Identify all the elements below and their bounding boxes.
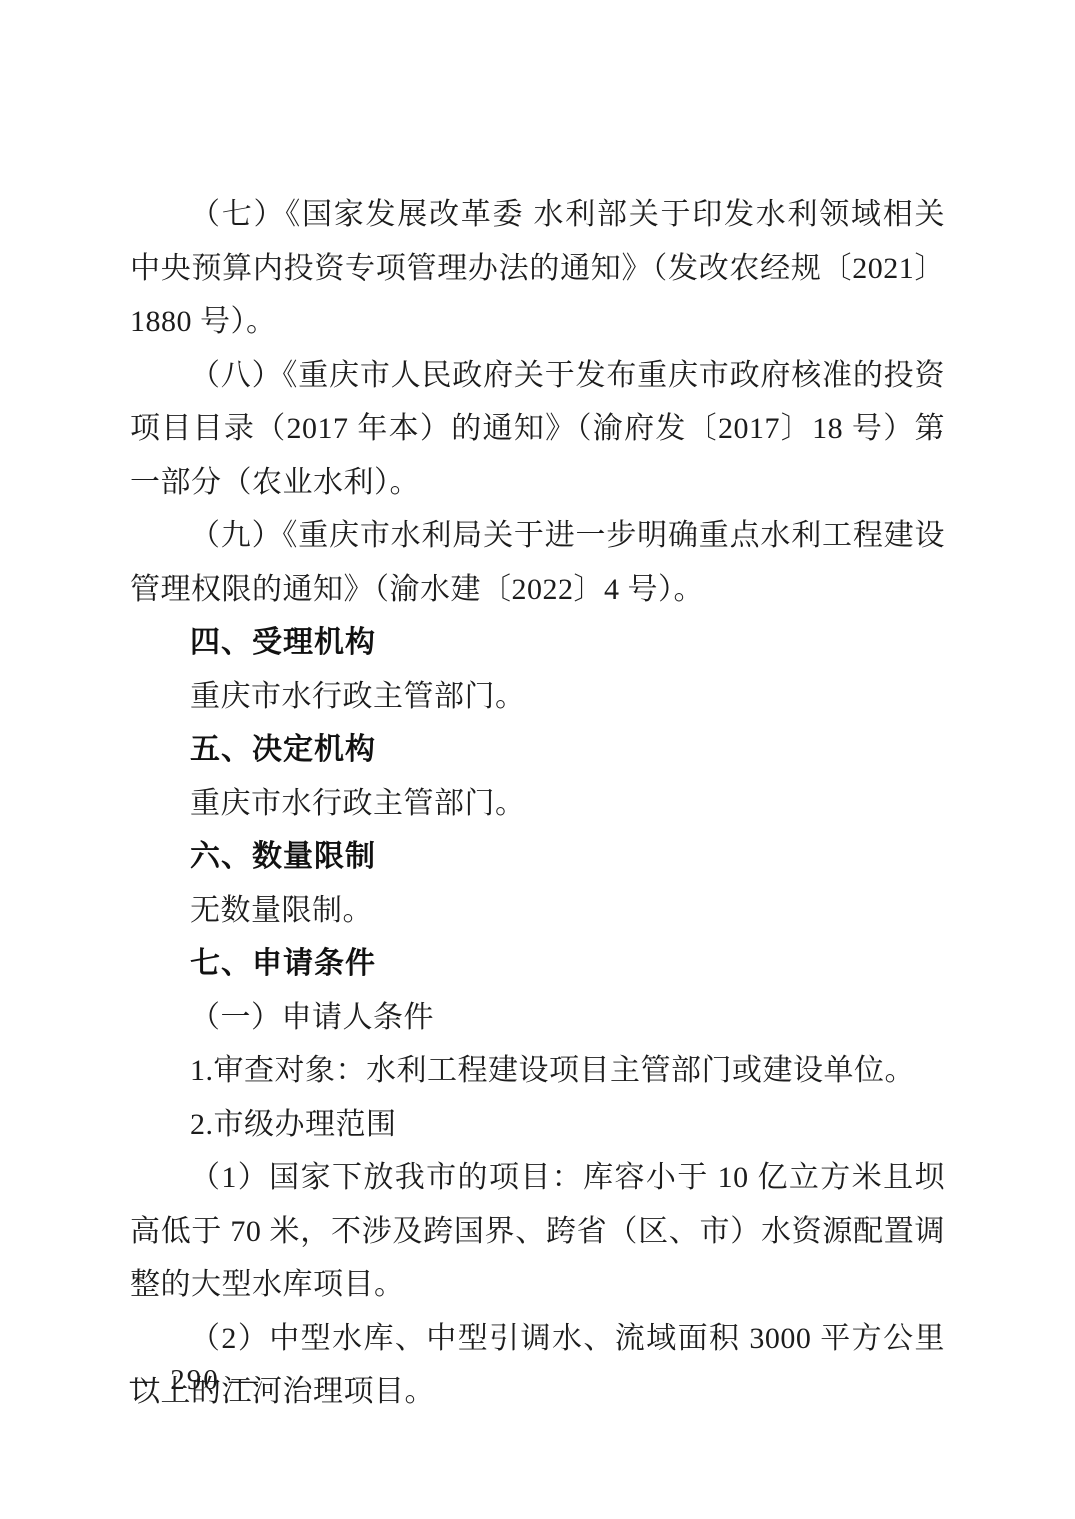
accepting-authority-text: 重庆市水行政主管部门。 [130,670,945,724]
municipal-scope-subheading: 2.市级办理范围 [130,1098,945,1152]
review-target-text: 1.审查对象：水利工程建设项目主管部门或建设单位。 [130,1044,945,1098]
municipal-scope-item-1: （1）国家下放我市的项目：库容小于 10 亿立方米且坝高低于 70 米，不涉及跨… [130,1151,945,1312]
legal-basis-item-9: （九）《重庆市水利局关于进一步明确重点水利工程建设管理权限的通知》（渝水建〔20… [130,509,945,616]
page-number: — 290 — [130,1364,260,1397]
legal-basis-item-8: （八）《重庆市人民政府关于发布重庆市政府核准的投资项目目录（2017 年本）的通… [130,349,945,510]
quantity-limit-text: 无数量限制。 [130,884,945,938]
document-body: （七）《国家发展改革委 水利部关于印发水利领域相关中央预算内投资专项管理办法的通… [130,188,945,1419]
section-heading-deciding-authority: 五、决定机构 [130,723,945,777]
deciding-authority-text: 重庆市水行政主管部门。 [130,777,945,831]
section-heading-application-conditions: 七、申请条件 [130,937,945,991]
document-page: （七）《国家发展改革委 水利部关于印发水利领域相关中央预算内投资专项管理办法的通… [0,0,1075,1519]
section-heading-accepting-authority: 四、受理机构 [130,616,945,670]
legal-basis-item-7: （七）《国家发展改革委 水利部关于印发水利领域相关中央预算内投资专项管理办法的通… [130,188,945,349]
applicant-conditions-subheading: （一）申请人条件 [130,991,945,1045]
section-heading-quantity-limit: 六、数量限制 [130,830,945,884]
